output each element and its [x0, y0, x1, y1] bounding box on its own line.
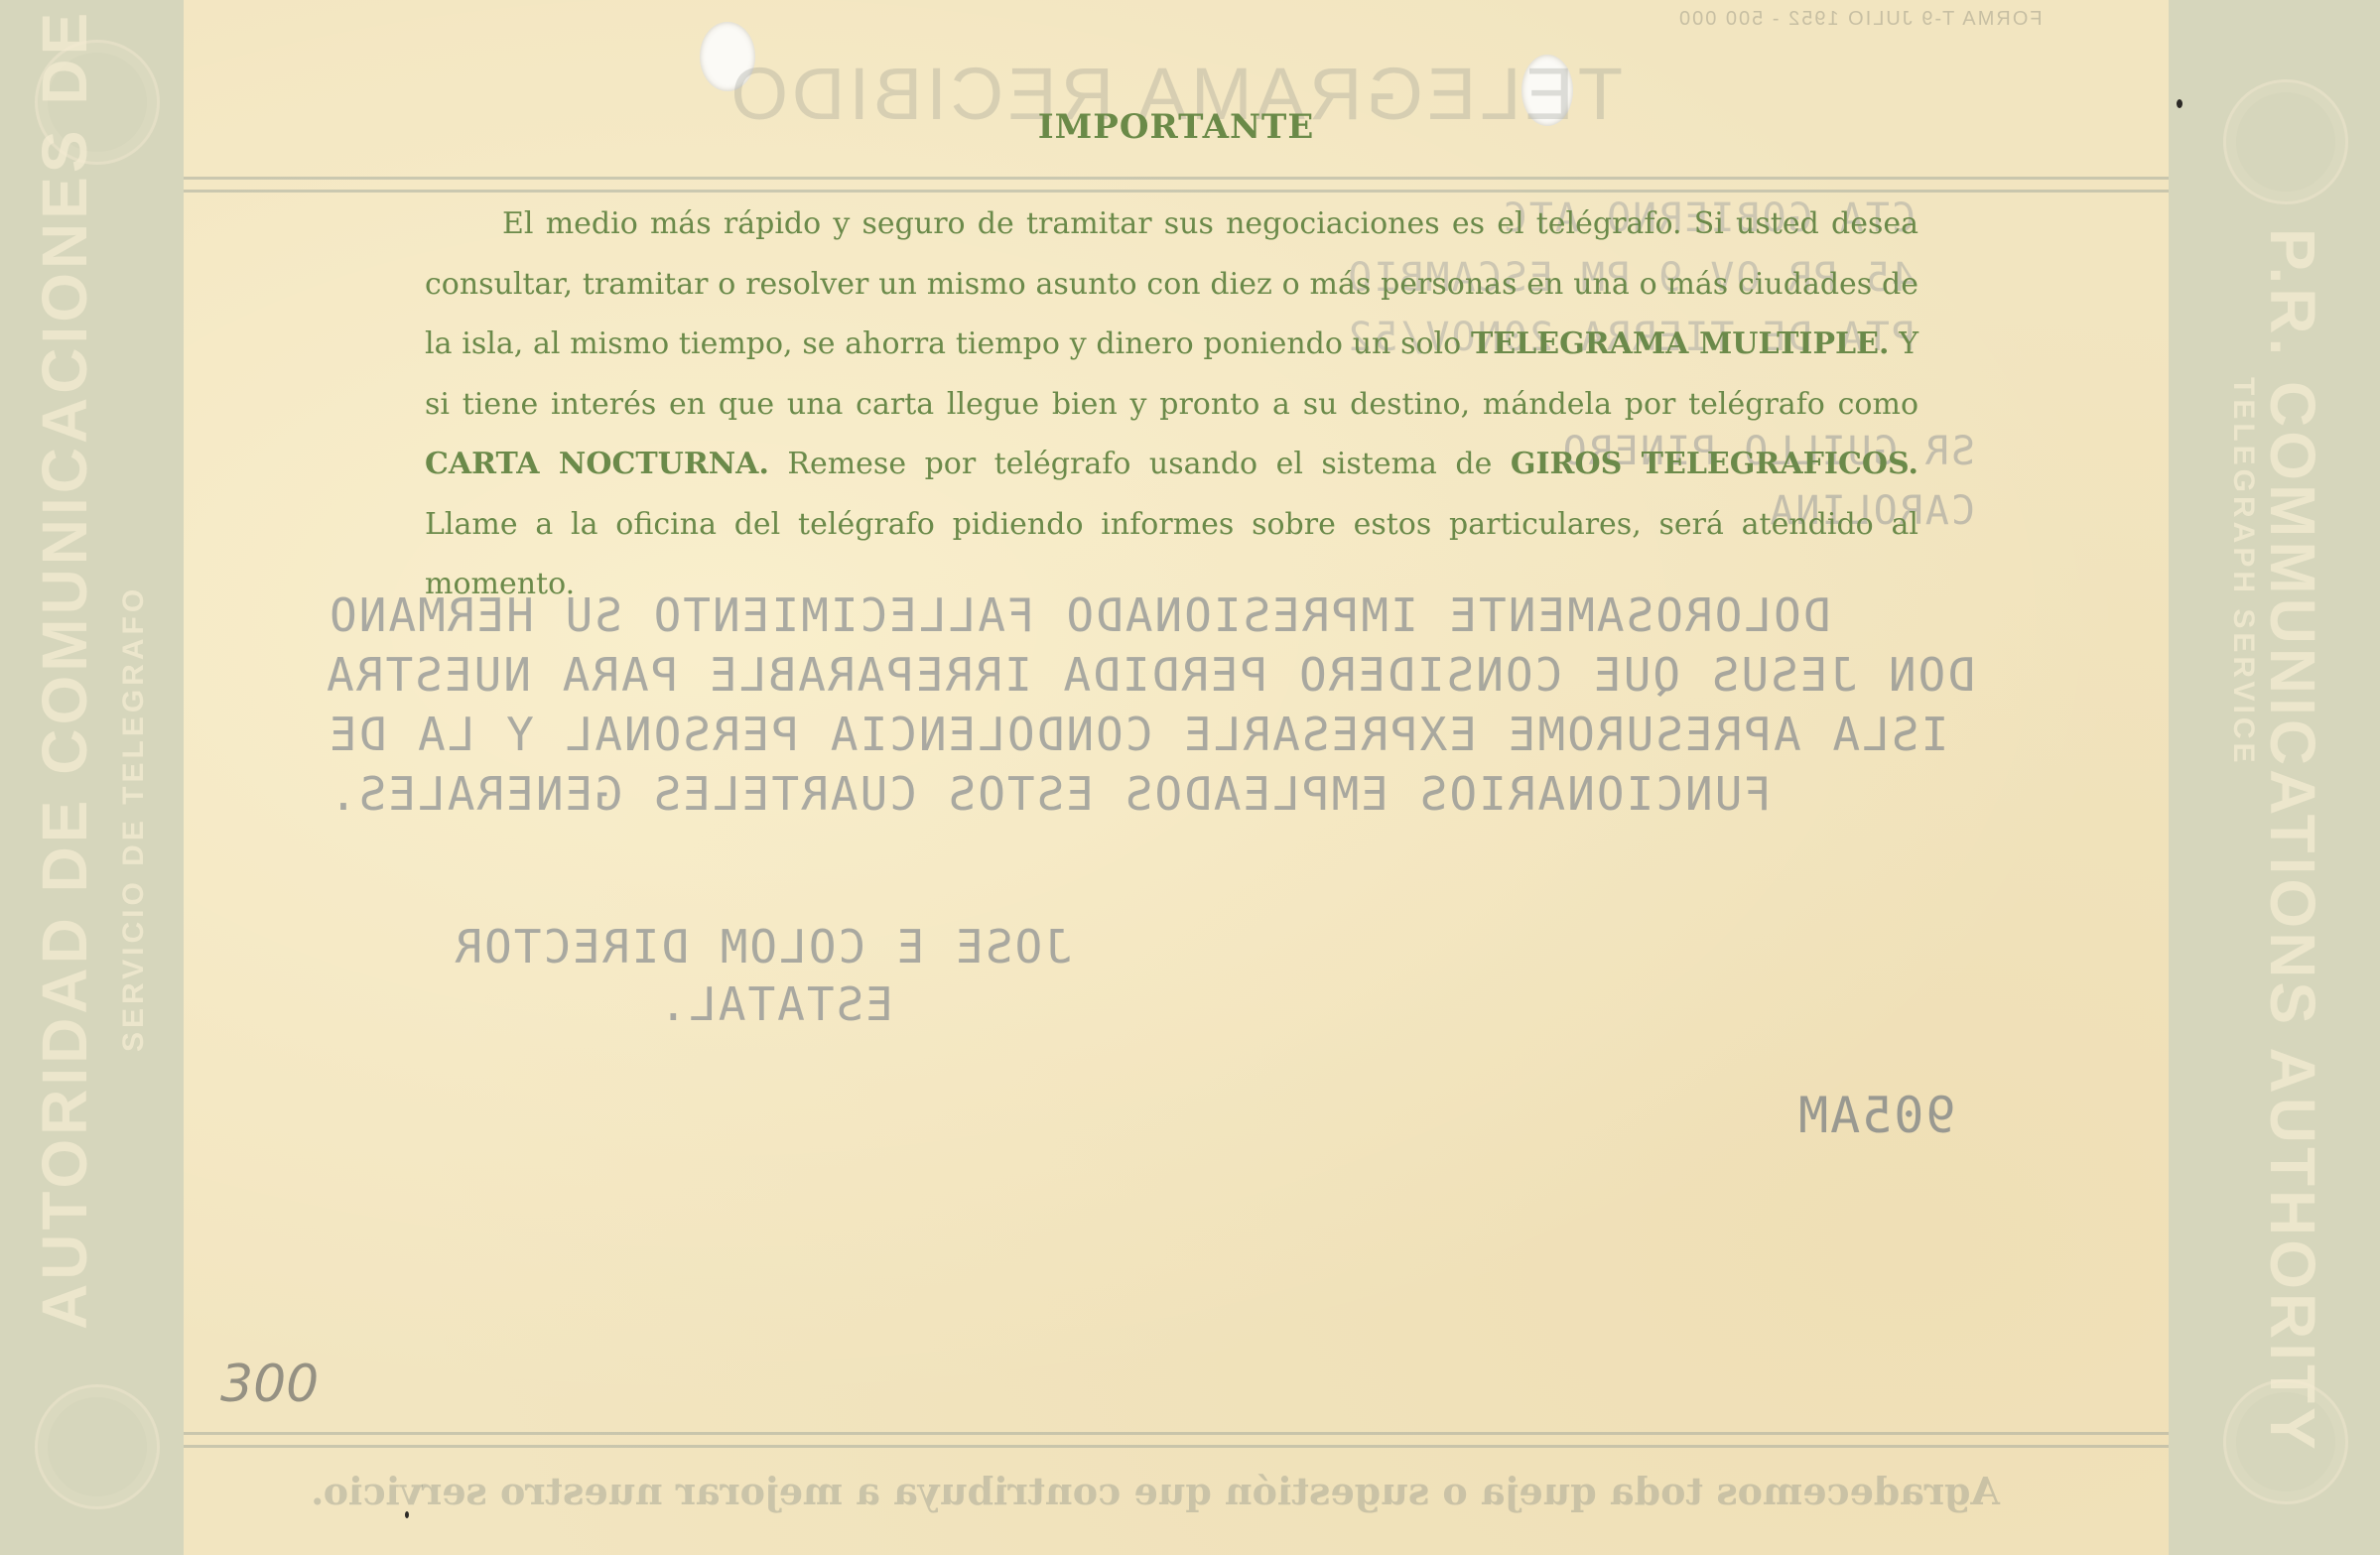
- notice-emphasis-telegrama-multiple: TELEGRAMA MULTIPLE.: [1471, 326, 1889, 361]
- top-rule: [184, 177, 2169, 180]
- bleed-time-stamp: 905AM: [1796, 1087, 1956, 1144]
- bleed-form-code: FORMA T-9 JULIO 1952 - 500 000: [1677, 8, 2043, 31]
- left-strip-subtext: SERVICIO DE TELEGRAFO: [117, 585, 151, 1052]
- seal-icon: [35, 1384, 160, 1509]
- bleed-message-line: ISLA APRESUROME EXPRESARLE CONDOLENCIA P…: [328, 705, 1975, 764]
- notice-paragraph: El medio más rápido y seguro de tramitar…: [425, 194, 1918, 615]
- paper-speck: [2177, 99, 2182, 108]
- page-title: IMPORTANTE: [0, 107, 2352, 147]
- bleed-signature: JOSE E COLOM DIRECTOR ESTATAL.: [447, 918, 1072, 1033]
- left-strip-text: AUTORIDAD DE COMUNICACIONES DE P.R.: [28, 0, 101, 1330]
- notice-text: Remese por telégrafo usando el sistema d…: [769, 447, 1511, 481]
- bleed-footer: Agradecemos toda queja o sugestión que c…: [392, 1469, 2000, 1513]
- bleed-message-line: DOLOROSAMENTE IMPRESIONADO FALLECIMIENTO…: [328, 585, 1975, 645]
- bleed-signature-line: ESTATAL.: [447, 975, 1072, 1033]
- notice-emphasis-carta-nocturna: CARTA NOCTURNA.: [425, 447, 769, 481]
- left-margin-strip: AUTORIDAD DE COMUNICACIONES DE P.R. SERV…: [0, 0, 184, 1555]
- bleed-message-line: DON JESUS QUE CONSIDERO PERDIDA IRREPARA…: [328, 645, 1975, 705]
- right-strip-subtext: TELEGRAPH SERVICE: [2226, 377, 2260, 767]
- bottom-rule: [184, 1445, 2169, 1448]
- paper-speck: [405, 1511, 409, 1518]
- notice-emphasis-giros-telegraficos: GIROS TELEGRAFICOS.: [1511, 447, 1918, 481]
- pencil-annotation: 300: [220, 1355, 319, 1414]
- right-margin-strip: P.R. COMMUNICATIONS AUTHORITY TELEGRAPH …: [2169, 0, 2380, 1555]
- bleed-signature-line: JOSE E COLOM DIRECTOR: [447, 918, 1072, 975]
- notice-body: El medio más rápido y seguro de tramitar…: [425, 194, 1918, 615]
- bleed-message: DOLOROSAMENTE IMPRESIONADO FALLECIMIENTO…: [328, 585, 1975, 824]
- bottom-rule: [184, 1432, 2169, 1435]
- bleed-message-line: FUNCIONARIOS EMPLEADOS ESTOS CUARTELES G…: [328, 764, 1975, 824]
- right-strip-text: P.R. COMMUNICATIONS AUTHORITY: [2256, 228, 2329, 1454]
